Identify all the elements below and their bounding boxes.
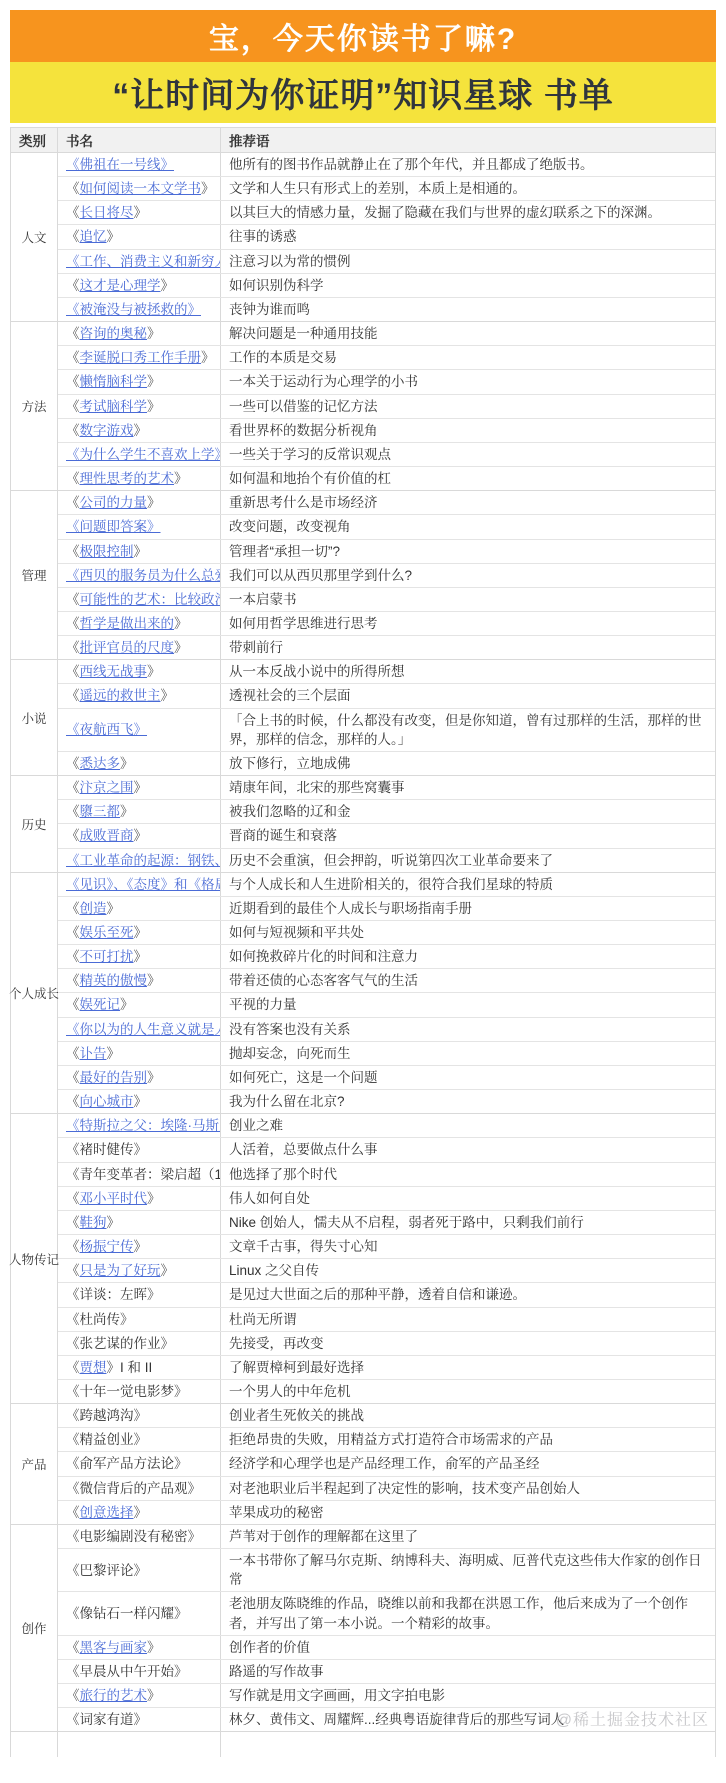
- book-recommendation: 重新思考什么是市场经济: [221, 491, 715, 514]
- book-title-cell: 《不可打扰》: [58, 945, 221, 968]
- book-title-text: 》: [147, 971, 161, 990]
- category-rows: 《特斯拉之父：埃隆·马斯克传》创业之难《褚时健传》人活着，总要做点什么事《青年变…: [58, 1114, 715, 1403]
- book-recommendation: 他选择了那个时代: [221, 1163, 715, 1186]
- category-rows: 《跨越鸿沟》创业者生死攸关的挑战《精益创业》拒绝昂贵的失败，用精益方式打造符合市…: [58, 1404, 715, 1524]
- category-section: 小说《西线无战事》从一本反战小说中的所得所想《遥远的救世主》透视社会的三个层面《…: [11, 660, 715, 776]
- book-title-text: 》: [147, 397, 161, 416]
- book-row: 《咨询的奥秘》解决问题是一种通用技能: [58, 322, 715, 345]
- book-table: 类别 书名 推荐语 人文《佛祖在一号线》他所有的图书作品就静止在了那个年代，并且…: [10, 127, 716, 1757]
- book-title-cell: 《微信背后的产品观》: [58, 1477, 221, 1500]
- book-title-text: 《精益创业》: [66, 1430, 147, 1449]
- book-title-text: 《跨越鸿沟》: [66, 1406, 147, 1425]
- book-title-text: 《: [66, 372, 80, 391]
- book-title-link[interactable]: 懒惰脑科学: [80, 372, 148, 391]
- book-recommendation: 被我们忽略的辽和金: [221, 800, 715, 823]
- book-title-link[interactable]: 哲学是做出来的: [80, 614, 175, 633]
- book-title-text: 《早晨从中午开始》: [66, 1662, 188, 1681]
- book-title-text: 《: [66, 614, 80, 633]
- book-recommendation: 伟人如何自处: [221, 1187, 715, 1210]
- book-title-cell: 《娱乐至死》: [58, 921, 221, 944]
- book-title-cell: 《工业革命的起源：钢铁、蒸汽与资本: [58, 849, 221, 872]
- book-title-link[interactable]: 《被淹没与被拯救的》: [66, 300, 201, 319]
- book-title-link[interactable]: 李诞脱口秀工作手册: [80, 348, 202, 367]
- book-row: 《详谈：左晖》是见过大世面之后的那种平静，透着自信和谦逊。: [58, 1282, 715, 1306]
- book-title-text: 》: [134, 826, 148, 845]
- book-title-text: 》: [147, 324, 161, 343]
- book-recommendation: 如何挽救碎片化的时间和注意力: [221, 945, 715, 968]
- book-title-text: 《: [66, 1503, 80, 1522]
- book-row: 《公司的力量》重新思考什么是市场经济: [58, 491, 715, 514]
- book-recommendation: 以其巨大的情感力量，发掘了隐藏在我们与世界的虚幻联系之下的深渊。: [221, 201, 715, 224]
- book-title-text: 》: [134, 542, 148, 561]
- book-recommendation: 文章千古事，得失寸心知: [221, 1235, 715, 1258]
- book-title-text: 》: [161, 1261, 175, 1280]
- book-title-cell: 《只是为了好玩》: [58, 1259, 221, 1282]
- book-title-text: 《杜尚传》: [66, 1310, 134, 1329]
- column-header-category: 类别: [11, 128, 58, 152]
- book-row: 《见识》、《态度》和《格局》与个人成长和人生进阶相关的，很符合我们星球的特质: [58, 873, 715, 896]
- empty-title-cell: [58, 1732, 221, 1757]
- book-recommendation: 近期看到的最佳个人成长与职场指南手册: [221, 897, 715, 920]
- category-label: 历史: [11, 776, 58, 872]
- category-rows: 《咨询的奥秘》解决问题是一种通用技能《李诞脱口秀工作手册》工作的本质是交易《懒惰…: [58, 322, 715, 490]
- book-title-link[interactable]: 讣告: [80, 1044, 107, 1063]
- category-label: 人物传记: [11, 1114, 58, 1403]
- book-recommendation: 「合上书的时候，什么都没有改变，但是你知道，曾有过那样的生活，那样的世界，那样的…: [221, 709, 715, 751]
- book-recommendation: Linux 之父自传: [221, 1259, 715, 1282]
- book-title-text: 》: [120, 754, 134, 773]
- book-title-link[interactable]: 娱死记: [80, 995, 121, 1014]
- book-recommendation: 解决问题是一种通用技能: [221, 322, 715, 345]
- book-row: 《张艺谋的作业》先接受，再改变: [58, 1331, 715, 1355]
- category-section: 管理《公司的力量》重新思考什么是市场经济《问题即答案》改变问题，改变视角《极限控…: [11, 491, 715, 660]
- book-title-cell: 《这才是心理学》: [58, 274, 221, 297]
- book-title-link[interactable]: 《佛祖在一号线》: [66, 155, 174, 174]
- book-recommendation: 如何用哲学思维进行思考: [221, 612, 715, 635]
- book-title-link[interactable]: 向心城市: [80, 1092, 134, 1111]
- book-recommendation: 杜尚无所谓: [221, 1308, 715, 1331]
- category-section: 创作《电影编剧没有秘密》芦苇对于创作的理解都在这里了《巴黎评论》一本书带你了解马…: [11, 1525, 715, 1732]
- book-title-text: 《: [66, 686, 80, 705]
- book-title-text: 《: [66, 276, 80, 295]
- book-title-text: 》: [174, 469, 188, 488]
- book-title-link[interactable]: 西线无战事: [80, 662, 148, 681]
- book-row: 《褚时健传》人活着，总要做点什么事: [58, 1137, 715, 1161]
- book-title-text: 《: [66, 638, 80, 657]
- empty-recommendation-cell: [221, 1732, 715, 1757]
- book-title-text: 《: [66, 1044, 80, 1063]
- book-title-text: 《: [66, 421, 80, 440]
- book-recommendation: 没有答案也没有关系: [221, 1018, 715, 1041]
- book-recommendation: 写作就是用文字画画，用文字拍电影: [221, 1684, 715, 1707]
- book-title-link[interactable]: 如何阅读一本文学书: [80, 179, 202, 198]
- book-title-cell: 《佛祖在一号线》: [58, 153, 221, 176]
- banner-primary: 宝，今天你读书了嘛?: [10, 10, 716, 62]
- book-title-cell: 《追忆》: [58, 225, 221, 248]
- book-title-text: 《: [66, 947, 80, 966]
- book-title-text: 《: [66, 1686, 80, 1705]
- book-recommendation: 看世界杯的数据分析视角: [221, 419, 715, 442]
- book-title-text: 《: [66, 348, 80, 367]
- book-title-text: 《: [66, 469, 80, 488]
- book-title-cell: 《你以为的人生意义就是人生的意义吗: [58, 1018, 221, 1041]
- book-title-link[interactable]: 悉达多: [80, 754, 121, 773]
- book-title-cell: 《成败晋商》: [58, 824, 221, 847]
- book-recommendation: 芦苇对于创作的理解都在这里了: [221, 1525, 715, 1548]
- book-title-text: 》I 和 II: [107, 1358, 153, 1377]
- book-title-text: 《: [66, 203, 80, 222]
- book-recommendation: 如何温和地抬个有价值的杠: [221, 467, 715, 490]
- book-title-cell: 《被淹没与被拯救的》: [58, 298, 221, 321]
- book-title-cell: 《汴京之围》: [58, 776, 221, 799]
- book-title-text: 》: [174, 638, 188, 657]
- book-title-text: 》: [201, 348, 215, 367]
- book-recommendation: 改变问题，改变视角: [221, 515, 715, 538]
- empty-category-cell: [11, 1732, 58, 1757]
- book-title-cell: 《贾想》I 和 II: [58, 1356, 221, 1379]
- book-title-text: 》: [147, 372, 161, 391]
- book-title-cell: 《特斯拉之父：埃隆·马斯克传》: [58, 1114, 221, 1137]
- book-title-link[interactable]: 《工作、消费主义和新穷人》: [66, 252, 221, 271]
- column-header-recommendation: 推荐语: [221, 128, 715, 152]
- book-row: 《工作、消费主义和新穷人》注意习以为常的惯例: [58, 249, 715, 273]
- book-title-cell: 《长日将尽》: [58, 201, 221, 224]
- book-title-cell: 《考试脑科学》: [58, 395, 221, 418]
- category-rows: 《汴京之围》靖康年间，北宋的那些窝囊事《隳三都》被我们忽略的辽和金《成败晋商》晋…: [58, 776, 715, 872]
- book-row: 《你以为的人生意义就是人生的意义吗没有答案也没有关系: [58, 1017, 715, 1041]
- book-title-link[interactable]: 《问题即答案》: [66, 517, 161, 536]
- book-row: 《汴京之围》靖康年间，北宋的那些窝囊事: [58, 776, 715, 799]
- book-title-text: 《词家有道》: [66, 1710, 147, 1729]
- book-recommendation: 透视社会的三个层面: [221, 684, 715, 707]
- book-title-link[interactable]: 隳三都: [80, 802, 121, 821]
- book-title-link[interactable]: 《西贝的服务员为什么总爱笑》: [66, 566, 221, 585]
- book-title-text: 《: [66, 227, 80, 246]
- book-row: 《懒惰脑科学》一本关于运动行为心理学的小书: [58, 369, 715, 393]
- book-title-text: 《详谈：左晖》: [66, 1285, 161, 1304]
- category-section: 人物传记《特斯拉之父：埃隆·马斯克传》创业之难《褚时健传》人活着，总要做点什么事…: [11, 1114, 715, 1404]
- book-title-cell: 《公司的力量》: [58, 491, 221, 514]
- book-row: 《哲学是做出来的》如何用哲学思维进行思考: [58, 611, 715, 635]
- book-title-text: 》: [147, 1686, 161, 1705]
- book-recommendation: 从一本反战小说中的所得所想: [221, 660, 715, 683]
- book-title-link[interactable]: 数字游戏: [80, 421, 134, 440]
- book-title-link[interactable]: 黑客与画家: [80, 1638, 148, 1657]
- book-title-link[interactable]: 杨振宁传: [80, 1237, 134, 1256]
- book-title-cell: 《详谈：左晖》: [58, 1283, 221, 1306]
- category-rows: 《西线无战事》从一本反战小说中的所得所想《遥远的救世主》透视社会的三个层面《夜航…: [58, 660, 715, 775]
- book-title-text: 《十年一觉电影梦》: [66, 1382, 188, 1401]
- book-recommendation: 一些可以借鉴的记忆方法: [221, 395, 715, 418]
- book-title-text: 《: [66, 324, 80, 343]
- banner-secondary-text: “让时间为你证明”知识星球 书单: [112, 68, 613, 117]
- book-recommendation: 往事的诱惑: [221, 225, 715, 248]
- book-title-text: 《: [66, 662, 80, 681]
- book-title-text: 《: [66, 1092, 80, 1111]
- book-title-cell: 《褚时健传》: [58, 1138, 221, 1161]
- book-title-cell: 《隳三都》: [58, 800, 221, 823]
- book-row: 《为什么学生不喜欢上学》一些关于学习的反常识观点: [58, 442, 715, 466]
- book-title-text: 《: [66, 1237, 80, 1256]
- book-title-cell: 《早晨从中午开始》: [58, 1660, 221, 1683]
- book-row: 《娱死记》平视的力量: [58, 992, 715, 1016]
- book-title-text: 》: [134, 923, 148, 942]
- book-title-link[interactable]: 《为什么学生不喜欢上学》: [66, 445, 221, 464]
- book-row: 《十年一觉电影梦》一个男人的中年危机: [58, 1379, 715, 1403]
- book-title-cell: 《邓小平时代》: [58, 1187, 221, 1210]
- book-title-cell: 《咨询的奥秘》: [58, 322, 221, 345]
- book-row: 《特斯拉之父：埃隆·马斯克传》创业之难: [58, 1114, 715, 1137]
- book-recommendation: 一个男人的中年危机: [221, 1380, 715, 1403]
- book-title-text: 》: [134, 421, 148, 440]
- book-recommendation: 一本启蒙书: [221, 588, 715, 611]
- book-title-text: 《: [66, 1358, 80, 1377]
- book-title-link[interactable]: 咨询的奥秘: [80, 324, 148, 343]
- book-row: 《被淹没与被拯救的》丧钟为谁而鸣: [58, 297, 715, 321]
- book-title-cell: 《工作、消费主义和新穷人》: [58, 250, 221, 273]
- book-title-link[interactable]: 汴京之围: [80, 778, 134, 797]
- book-title-text: 《: [66, 754, 80, 773]
- book-row: 《李诞脱口秀工作手册》工作的本质是交易: [58, 345, 715, 369]
- book-recommendation: 人活着，总要做点什么事: [221, 1138, 715, 1161]
- book-title-text: 《: [66, 1638, 80, 1657]
- book-title-text: 》: [134, 947, 148, 966]
- banner-secondary: “让时间为你证明”知识星球 书单: [10, 62, 716, 123]
- book-row: 《悉达多》放下修行，立地成佛: [58, 751, 715, 775]
- table-header-row: 类别 书名 推荐语: [11, 128, 715, 153]
- book-title-text: 《: [66, 1189, 80, 1208]
- book-title-text: 《: [66, 923, 80, 942]
- book-title-cell: 《如何阅读一本文学书》: [58, 177, 221, 200]
- book-title-text: 《: [66, 590, 80, 609]
- book-row: 《贾想》I 和 II了解贾樟柯到最好选择: [58, 1355, 715, 1379]
- book-row: 《旅行的艺术》写作就是用文字画画，用文字拍电影: [58, 1683, 715, 1707]
- book-title-link[interactable]: 贾想: [80, 1358, 107, 1377]
- category-rows: 《公司的力量》重新思考什么是市场经济《问题即答案》改变问题，改变视角《极限控制》…: [58, 491, 715, 659]
- book-recommendation: 我为什么留在北京?: [221, 1090, 715, 1113]
- book-title-link[interactable]: 鞋狗: [80, 1213, 107, 1232]
- book-title-cell: 《懒惰脑科学》: [58, 370, 221, 393]
- book-title-cell: 《俞军产品方法论》: [58, 1452, 221, 1475]
- book-title-text: 《巴黎评论》: [66, 1561, 147, 1580]
- book-row: 《电影编剧没有秘密》芦苇对于创作的理解都在这里了: [58, 1525, 715, 1548]
- book-title-link[interactable]: 邓小平时代: [80, 1189, 148, 1208]
- book-recommendation: 如何死亡，这是一个问题: [221, 1066, 715, 1089]
- book-recommendation: 拒绝昂贵的失败，用精益方式打造符合市场需求的产品: [221, 1428, 715, 1451]
- book-title-cell: 《问题即答案》: [58, 515, 221, 538]
- book-title-link[interactable]: 《工业革命的起源：钢铁、蒸汽与资本: [66, 851, 221, 870]
- book-title-text: 《: [66, 397, 80, 416]
- book-title-link[interactable]: 创意选择: [80, 1503, 134, 1522]
- book-title-text: 《电影编剧没有秘密》: [66, 1527, 201, 1546]
- book-title-cell: 《词家有道》: [58, 1708, 221, 1731]
- book-row: 《鞋狗》Nike 创始人，懦夫从不启程，弱者死于路中，只剩我们前行: [58, 1210, 715, 1234]
- book-title-cell: 《张艺谋的作业》: [58, 1332, 221, 1355]
- book-recommendation: 管理者“承担一切”?: [221, 540, 715, 563]
- book-title-link[interactable]: 公司的力量: [80, 493, 148, 512]
- book-row: 《数字游戏》看世界杯的数据分析视角: [58, 418, 715, 442]
- book-title-link[interactable]: 《特斯拉之父：埃隆·马斯克传》: [66, 1116, 221, 1135]
- book-title-text: 》: [147, 1189, 161, 1208]
- book-recommendation: 我们可以从西贝那里学到什么?: [221, 564, 715, 587]
- book-row: 《邓小平时代》伟人如何自处: [58, 1186, 715, 1210]
- category-rows: 《电影编剧没有秘密》芦苇对于创作的理解都在这里了《巴黎评论》一本书带你了解马尔克…: [58, 1525, 715, 1731]
- book-title-link[interactable]: 最好的告别: [80, 1068, 148, 1087]
- book-title-cell: 《哲学是做出来的》: [58, 612, 221, 635]
- book-title-text: 《: [66, 802, 80, 821]
- book-title-text: 《: [66, 995, 80, 1014]
- book-title-text: 《像钻石一样闪耀》: [66, 1604, 188, 1623]
- column-header-title: 书名: [58, 128, 221, 152]
- book-title-cell: 《青年变革者：梁启超（1873-1898）: [58, 1163, 221, 1186]
- book-title-link[interactable]: 精英的傲慢: [80, 971, 148, 990]
- book-recommendation: 抛却妄念，向死而生: [221, 1042, 715, 1065]
- book-title-text: 》: [161, 276, 175, 295]
- book-row: 《佛祖在一号线》他所有的图书作品就静止在了那个年代，并且都成了绝版书。: [58, 153, 715, 176]
- book-title-cell: 《杨振宁传》: [58, 1235, 221, 1258]
- book-title-link[interactable]: 可能性的艺术：比较政治学30讲: [80, 590, 222, 609]
- book-title-link[interactable]: 长日将尽: [80, 203, 134, 222]
- book-title-cell: 《讣告》: [58, 1042, 221, 1065]
- book-title-cell: 《极限控制》: [58, 540, 221, 563]
- book-recommendation: 先接受，再改变: [221, 1332, 715, 1355]
- book-row: 《词家有道》林夕、黄伟文、周耀辉...经典粤语旋律背后的那些写词人: [58, 1707, 715, 1731]
- book-title-cell: 《创意选择》: [58, 1501, 221, 1524]
- book-row: 《精益创业》拒绝昂贵的失败，用精益方式打造符合市场需求的产品: [58, 1427, 715, 1451]
- book-row: 《长日将尽》以其巨大的情感力量，发掘了隐藏在我们与世界的虚幻联系之下的深渊。: [58, 200, 715, 224]
- book-recommendation: 创业之难: [221, 1114, 715, 1137]
- book-title-text: 》: [174, 614, 188, 633]
- book-row: 《青年变革者：梁启超（1873-1898）他选择了那个时代: [58, 1162, 715, 1186]
- book-title-text: 《: [66, 899, 80, 918]
- book-row: 《跨越鸿沟》创业者生死攸关的挑战: [58, 1404, 715, 1427]
- empty-partial-row: [11, 1732, 715, 1757]
- book-title-cell: 《夜航西飞》: [58, 709, 221, 751]
- book-title-text: 》: [147, 493, 161, 512]
- book-title-cell: 《可能性的艺术：比较政治学30讲》: [58, 588, 221, 611]
- book-title-cell: 《理性思考的艺术》: [58, 467, 221, 490]
- book-row: 《杜尚传》杜尚无所谓: [58, 1307, 715, 1331]
- book-recommendation: 如何与短视频和平共处: [221, 921, 715, 944]
- book-title-text: 《: [66, 542, 80, 561]
- book-recommendation: 是见过大世面之后的那种平静，透着自信和谦逊。: [221, 1283, 715, 1306]
- book-title-text: 》: [147, 1068, 161, 1087]
- book-row: 《西线无战事》从一本反战小说中的所得所想: [58, 660, 715, 683]
- book-title-cell: 《最好的告别》: [58, 1066, 221, 1089]
- book-title-link[interactable]: 遥远的救世主: [80, 686, 161, 705]
- book-title-text: 《: [66, 778, 80, 797]
- book-title-text: 《青年变革者：梁启超（1873-1898）: [66, 1165, 221, 1184]
- book-row: 《西贝的服务员为什么总爱笑》我们可以从西贝那里学到什么?: [58, 563, 715, 587]
- category-rows: 《见识》、《态度》和《格局》与个人成长和人生进阶相关的，很符合我们星球的特质《创…: [58, 873, 715, 1114]
- book-recommendation: 路遥的写作故事: [221, 1660, 715, 1683]
- book-title-cell: 《李诞脱口秀工作手册》: [58, 346, 221, 369]
- book-title-text: 》: [147, 1638, 161, 1657]
- book-title-cell: 《娱死记》: [58, 993, 221, 1016]
- book-row: 《考试脑科学》一些可以借鉴的记忆方法: [58, 394, 715, 418]
- book-title-text: 》: [120, 995, 134, 1014]
- book-title-link[interactable]: 娱乐至死: [80, 923, 134, 942]
- book-title-text: 《微信背后的产品观》: [66, 1479, 201, 1498]
- book-row: 《可能性的艺术：比较政治学30讲》一本启蒙书: [58, 587, 715, 611]
- book-row: 《向心城市》我为什么留在北京?: [58, 1089, 715, 1113]
- book-title-link[interactable]: 只是为了好玩: [80, 1261, 161, 1280]
- book-title-cell: 《为什么学生不喜欢上学》: [58, 443, 221, 466]
- book-row: 《理性思考的艺术》如何温和地抬个有价值的杠: [58, 466, 715, 490]
- book-title-text: 》: [201, 179, 215, 198]
- book-row: 《隳三都》被我们忽略的辽和金: [58, 799, 715, 823]
- book-row: 《微信背后的产品观》对老池职业后半程起到了决定性的影响，技术变产品创始人: [58, 1476, 715, 1500]
- book-title-text: 《: [66, 1068, 80, 1087]
- book-title-cell: 《西贝的服务员为什么总爱笑》: [58, 564, 221, 587]
- book-title-text: 《张艺谋的作业》: [66, 1334, 174, 1353]
- book-row: 《问题即答案》改变问题，改变视角: [58, 514, 715, 538]
- category-label: 方法: [11, 322, 58, 490]
- book-row: 《像钻石一样闪耀》老池朋友陈晓维的作品，晓维以前和我都在洪恩工作，他后来成为了一…: [58, 1591, 715, 1634]
- book-title-link[interactable]: 批评官员的尺度: [80, 638, 175, 657]
- book-row: 《精英的傲慢》带着还债的心态客客气气的生活: [58, 968, 715, 992]
- book-row: 《成败晋商》晋商的诞生和衰落: [58, 823, 715, 847]
- book-row: 《俞军产品方法论》经济学和心理学也是产品经理工作，俞军的产品圣经: [58, 1451, 715, 1475]
- book-title-link[interactable]: 理性思考的艺术: [80, 469, 175, 488]
- book-title-link[interactable]: 旅行的艺术: [80, 1686, 148, 1705]
- book-title-text: 《: [66, 179, 80, 198]
- book-row: 《巴黎评论》一本书带你了解马尔克斯、纳博科夫、海明威、厄普代克这些伟大作家的创作…: [58, 1548, 715, 1591]
- book-title-link[interactable]: 不可打扰: [80, 947, 134, 966]
- book-title-link[interactable]: 创造: [80, 899, 107, 918]
- book-title-cell: 《见识》、《态度》和《格局》: [58, 873, 221, 896]
- book-row: 《批评官员的尺度》带刺前行: [58, 635, 715, 659]
- book-title-link[interactable]: 考试脑科学: [80, 397, 148, 416]
- book-recommendation: 放下修行，立地成佛: [221, 752, 715, 775]
- category-section: 人文《佛祖在一号线》他所有的图书作品就静止在了那个年代，并且都成了绝版书。《如何…: [11, 153, 715, 322]
- book-title-cell: 《悉达多》: [58, 752, 221, 775]
- book-row: 《极限控制》管理者“承担一切”?: [58, 539, 715, 563]
- book-title-cell: 《创造》: [58, 897, 221, 920]
- category-section: 产品《跨越鸿沟》创业者生死攸关的挑战《精益创业》拒绝昂贵的失败，用精益方式打造符…: [11, 1404, 715, 1525]
- category-rows: 《佛祖在一号线》他所有的图书作品就静止在了那个年代，并且都成了绝版书。《如何阅读…: [58, 153, 715, 321]
- book-recommendation: 创业者生死攸关的挑战: [221, 1404, 715, 1427]
- book-title-link[interactable]: 《见识》、《态度》和《格局》: [66, 875, 221, 894]
- book-title-link[interactable]: 这才是心理学: [80, 276, 161, 295]
- book-recommendation: 创作者的价值: [221, 1636, 715, 1659]
- book-title-cell: 《跨越鸿沟》: [58, 1404, 221, 1427]
- page: 宝，今天你读书了嘛? “让时间为你证明”知识星球 书单 类别 书名 推荐语 人文…: [0, 0, 726, 1783]
- book-row: 《不可打扰》如何挽救碎片化的时间和注意力: [58, 944, 715, 968]
- book-title-cell: 《精益创业》: [58, 1428, 221, 1451]
- book-recommendation: 对老池职业后半程起到了决定性的影响，技术变产品创始人: [221, 1477, 715, 1500]
- book-title-link[interactable]: 《你以为的人生意义就是人生的意义吗: [66, 1020, 221, 1039]
- book-recommendation: 文学和人生只有形式上的差别，本质上是相通的。: [221, 177, 715, 200]
- book-recommendation: 了解贾樟柯到最好选择: [221, 1356, 715, 1379]
- book-title-cell: 《精英的傲慢》: [58, 969, 221, 992]
- banner-primary-text: 宝，今天你读书了嘛?: [209, 14, 517, 58]
- book-recommendation: 林夕、黄伟文、周耀辉...经典粤语旋律背后的那些写词人: [221, 1708, 715, 1731]
- book-recommendation: 靖康年间，北宋的那些窝囊事: [221, 776, 715, 799]
- book-row: 《夜航西飞》「合上书的时候，什么都没有改变，但是你知道，曾有过那样的生活，那样的…: [58, 708, 715, 751]
- book-title-text: 》: [107, 1044, 121, 1063]
- category-label: 人文: [11, 153, 58, 321]
- book-title-text: 《: [66, 1213, 80, 1232]
- book-recommendation: 一本书带你了解马尔克斯、纳博科夫、海明威、厄普代克这些伟大作家的创作日常: [221, 1549, 715, 1591]
- book-title-link[interactable]: 《夜航西飞》: [66, 720, 147, 739]
- book-title-link[interactable]: 成败晋商: [80, 826, 134, 845]
- book-row: 《遥远的救世主》透视社会的三个层面: [58, 683, 715, 707]
- book-recommendation: 与个人成长和人生进阶相关的，很符合我们星球的特质: [221, 873, 715, 896]
- book-row: 《创意选择》苹果成功的秘密: [58, 1500, 715, 1524]
- book-title-link[interactable]: 极限控制: [80, 542, 134, 561]
- book-title-link[interactable]: 追忆: [80, 227, 107, 246]
